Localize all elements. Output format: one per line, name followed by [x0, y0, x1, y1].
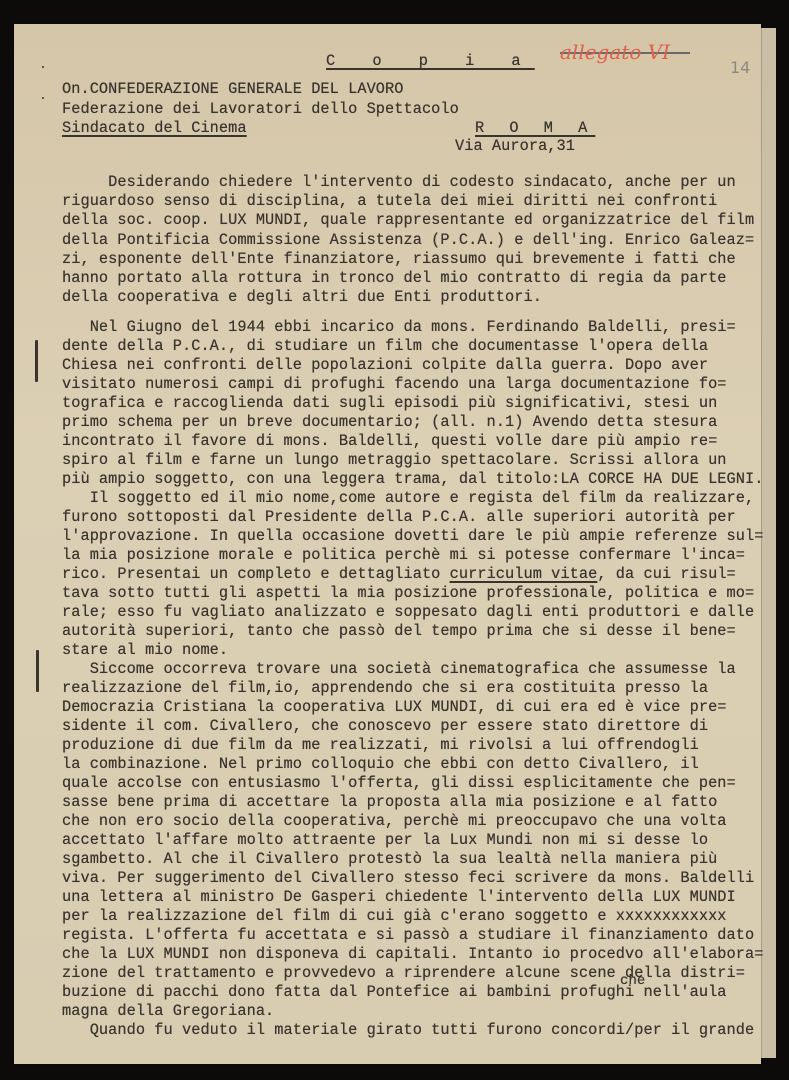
body-line: produzione di due film da me realizzati,…	[62, 736, 699, 755]
body-line: magna della Gregoriana.	[62, 1002, 274, 1021]
body-line: viva. Per suggerimento del Civallero ste…	[62, 869, 754, 888]
body-line: rale; esso fu vagliato analizzato e sopp…	[62, 603, 754, 622]
body-line: spiro al film e farne un lungo metraggio…	[62, 451, 727, 470]
body-line: visitato numerosi campi di profughi face…	[62, 375, 727, 394]
underlined-phrase: curriculum vitae	[450, 565, 598, 583]
body-line: sgambetto. Al che il Civallero protestò …	[62, 850, 717, 869]
body-line: Chiesa nei confronti delle popolazioni c…	[62, 356, 708, 375]
body-line: che non ero socio della cooperativa, per…	[62, 812, 727, 831]
body-line: dente della P.C.A., di studiare un film …	[62, 337, 708, 356]
body-line: zi, esponente dell'Ente finanziatore, ri…	[62, 250, 736, 269]
body-line: Siccome occorreva trovare una società ci…	[62, 660, 736, 679]
body-line: Nel Giugno del 1944 ebbi incarico da mon…	[62, 318, 736, 337]
addressee-line-1: On.CONFEDERAZIONE GENERALE DEL LAVORO	[62, 80, 404, 99]
addressee-line-2: Federazione dei Lavoratori dello Spettac…	[62, 100, 459, 119]
body-line: per la realizzazione del film di cui già…	[62, 907, 727, 926]
body-line: Democrazia Cristiana la cooperativa LUX …	[62, 698, 727, 717]
body-line: furono sottoposti dal Presidente della P…	[62, 508, 736, 527]
red-annotation: allegato VI	[560, 40, 670, 64]
body-line: della Pontificia Commissione Assistenza …	[62, 231, 754, 250]
body-line: quale accolse con entusiasmo l'offerta, …	[62, 774, 736, 793]
body-line: rico. Presentai un completo e dettagliat…	[62, 565, 736, 584]
body-line: della cooperativa e degli altri due Enti…	[62, 288, 542, 307]
margin-mark	[36, 650, 39, 692]
body-line: tografica e raccoglienda dati sugli epis…	[62, 394, 717, 413]
body-line: l'approvazione. In quella occasione dove…	[62, 527, 763, 546]
body-line: che la LUX MUNDI non disponeva di capita…	[62, 945, 763, 964]
body-line: stare al mio nome.	[62, 641, 228, 660]
body-line: accettato l'affare molto attraente per l…	[62, 831, 708, 850]
body-line: realizzazione del film,io, apprendendo c…	[62, 679, 708, 698]
addressee-line-3: Sindacato del Cinema	[62, 119, 247, 138]
street-address: Via Aurora,31	[455, 137, 575, 156]
body-line: Quando fu veduto il materiale girato tut…	[62, 1021, 754, 1040]
margin-mark	[35, 340, 38, 382]
body-line: autorità superiori, tanto che passò del …	[62, 622, 736, 641]
body-line: Il soggetto ed il mio nome,come autore e…	[62, 489, 754, 508]
city: R O M A	[475, 119, 595, 138]
body-line: sidente il com. Civallero, che conoscevo…	[62, 717, 708, 736]
body-line: incontrato il favore di mons. Baldelli, …	[62, 432, 717, 451]
body-line: sasse bene prima di accettare la propost…	[62, 793, 717, 812]
interlinear-insert: che	[620, 972, 645, 991]
body-line: riguardoso senso di disciplina, a tutela…	[62, 192, 717, 211]
body-line: regista. L'offerta fu accettata e si pas…	[62, 926, 754, 945]
body-line: più ampio soggetto, con una leggera tram…	[62, 470, 763, 489]
margin-dot	[42, 66, 44, 68]
body-line: primo schema per un breve documentario; …	[62, 413, 717, 432]
body-line: tava sotto tutti gli aspetti la mia posi…	[62, 584, 754, 603]
page-number: 14	[730, 58, 750, 77]
body-line: Desiderando chiedere l'intervento di cod…	[62, 173, 736, 192]
body-line: della soc. coop. LUX MUNDI, quale rappre…	[62, 211, 754, 230]
document-title: C o p i a	[326, 52, 535, 71]
body-line: una lettera al ministro De Gasperi chied…	[62, 888, 736, 907]
margin-dot	[42, 97, 44, 99]
body-line: hanno portato alla rottura in tronco del…	[62, 269, 727, 288]
body-line: la combinazione. Nel primo colloquio che…	[62, 755, 699, 774]
body-line: la mia posizione morale e politica perch…	[62, 546, 745, 565]
